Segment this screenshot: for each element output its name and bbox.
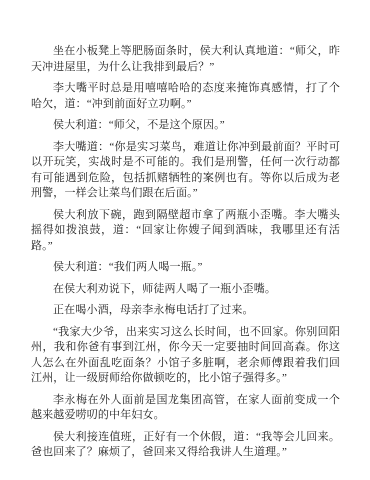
paragraph: 侯大利道：“师父，不是这个原因。” [31,118,340,134]
paragraph: 李大嘴平时总是用嘻嘻哈哈的态度来掩饰真感情，打了个哈欠，道：“冲到前面好立功啊。… [31,81,340,112]
reader-page: 坐在小板凳上等肥肠面条时，侯大利认真地道：“师父，昨天冲进屋里，为什么让我排到最… [0,0,370,480]
paragraph: 侯大利道：“我们两人喝一瓶。” [31,260,340,276]
paragraph: 侯大利放下碗，跑到隔壁超市拿了两瓶小歪嘴。李大嘴头摇得如拨浪鼓，道：“回家让你嫂… [31,208,340,255]
paragraph: 李大嘴道：“你是实习菜鸟，难道让你冲到最前面？平时可以开玩笑，实战时是不可能的。… [31,140,340,202]
paragraph: 在侯大利劝说下，师徒两人喝了一瓶小歪嘴。 [31,282,340,298]
novel-text-content: 坐在小板凳上等肥肠面条时，侯大利认真地道：“师父，昨天冲进屋里，为什么让我排到最… [31,44,340,467]
paragraph: 侯大利接连值班，正好有一个休假，道：“我等会儿回来。爸也回来了？麻烦了，爸回来又… [31,430,340,461]
paragraph: 坐在小板凳上等肥肠面条时，侯大利认真地道：“师父，昨天冲进屋里，为什么让我排到最… [31,44,340,75]
paragraph: “我家大少爷，出来实习这么长时间，也不回家。你别回阳州，我和你爸有事到江州，你今… [31,325,340,387]
paragraph: 李永梅在外人面前是国龙集团高管，在家人面前变成一个越来越爱唠叨的中年妇女。 [31,393,340,424]
paragraph: 正在喝小酒，母亲李永梅电话打了过来。 [31,303,340,319]
